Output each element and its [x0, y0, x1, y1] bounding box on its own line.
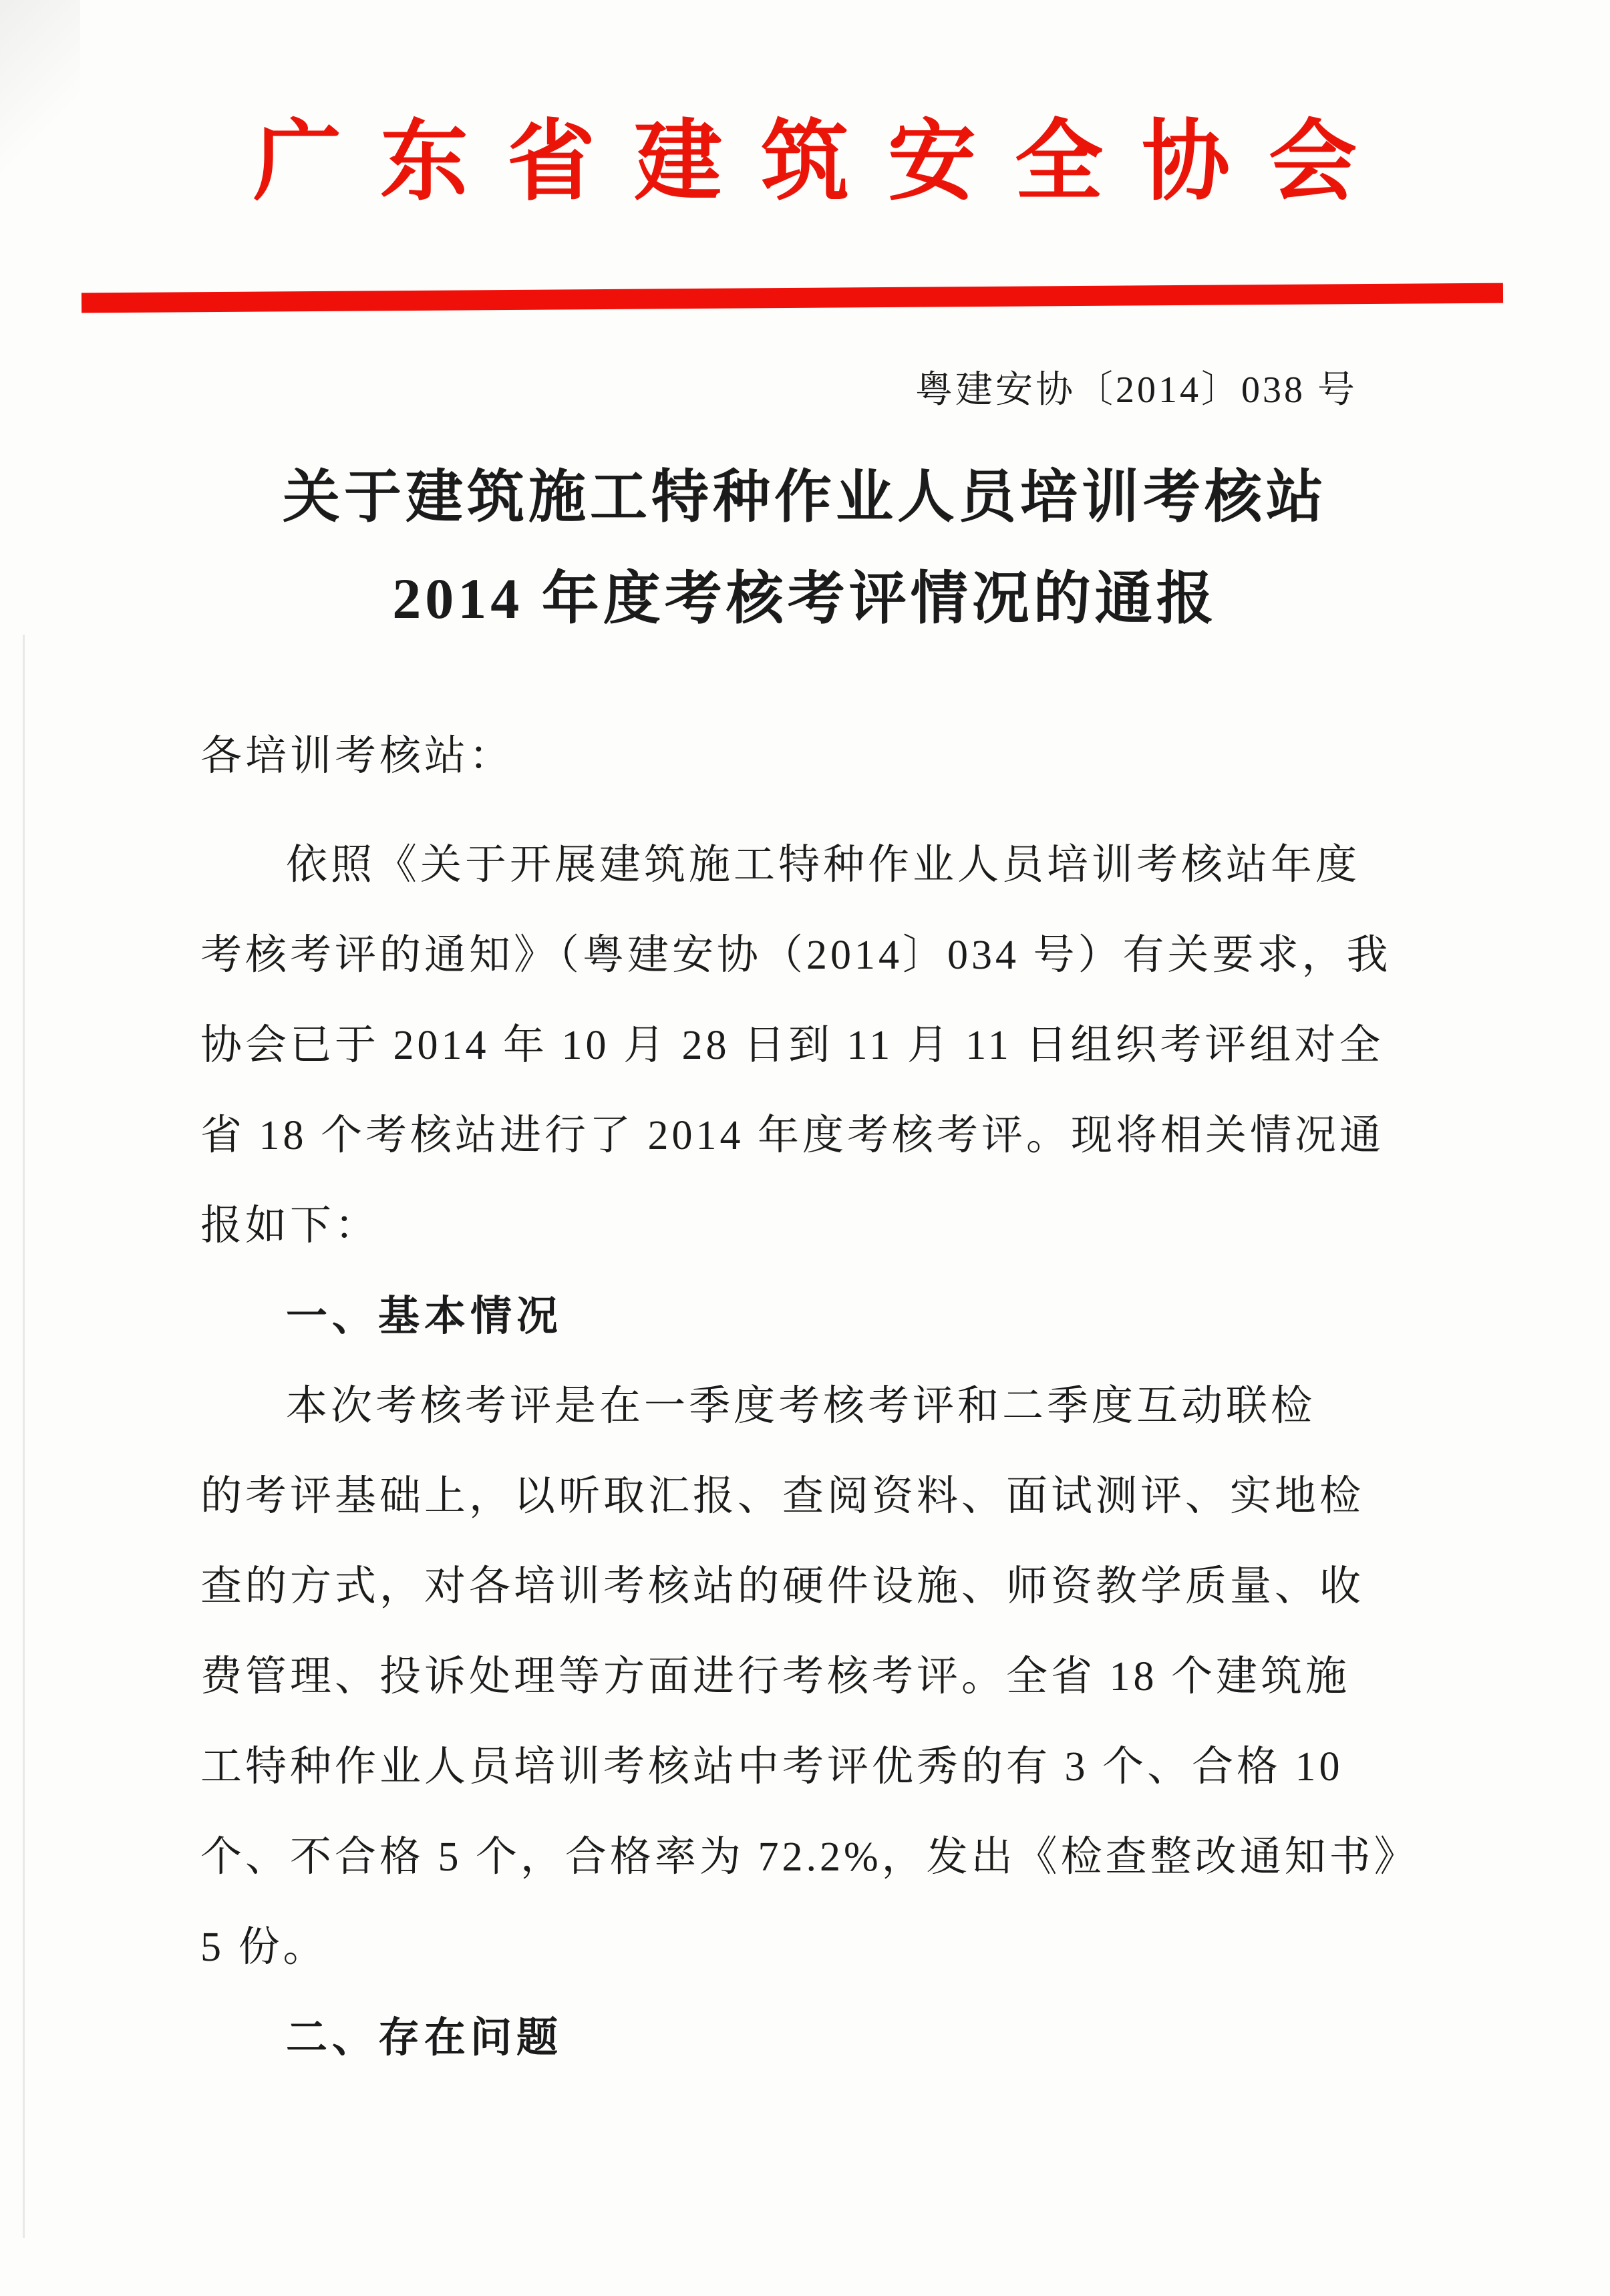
section-heading-1: 一、基本情况	[200, 1271, 1410, 1361]
salutation: 各培训考核站：	[200, 711, 1410, 802]
body-line: 依照《关于开展建筑施工特种作业人员培训考核站年度	[200, 820, 1410, 911]
body-line: 工特种作业人员培训考核站中考评优秀的有 3 个、合格 10	[200, 1722, 1410, 1812]
body-line: 报如下：	[200, 1181, 1410, 1271]
document-title-line1: 关于建筑施工特种作业人员培训考核站	[0, 446, 1610, 548]
body-line: 查的方式，对各培训考核站的硬件设施、师资教学质量、收	[200, 1542, 1410, 1632]
document-title-line2: 2014 年度考核考评情况的通报	[0, 548, 1610, 649]
document-body: 各培训考核站： 依照《关于开展建筑施工特种作业人员培训考核站年度 考核考评的通知…	[200, 711, 1410, 2083]
scanned-document-page: 广东省建筑安全协会 粤建安协〔2014〕038 号 关于建筑施工特种作业人员培训…	[0, 0, 1610, 2296]
body-line: 本次考核考评是在一季度考核考评和二季度互动联检	[200, 1361, 1410, 1452]
document-title: 关于建筑施工特种作业人员培训考核站 2014 年度考核考评情况的通报	[0, 446, 1610, 649]
letterhead-org-name: 广东省建筑安全协会	[0, 100, 1610, 224]
scan-edge-artifact	[23, 635, 25, 2238]
body-line: 个、不合格 5 个，合格率为 72.2%，发出《检查整改通知书》	[200, 1812, 1410, 1903]
body-line: 5 份。	[200, 1903, 1410, 1993]
body-line: 的考评基础上，以听取汇报、查阅资料、面试测评、实地检	[200, 1452, 1410, 1542]
section-heading-2: 二、存在问题	[200, 1993, 1410, 2083]
body-line: 协会已于 2014 年 10 月 28 日到 11 月 11 日组织考评组对全	[200, 1001, 1410, 1091]
body-line: 费管理、投诉处理等方面进行考核考评。全省 18 个建筑施	[200, 1632, 1410, 1722]
body-line: 考核考评的通知》（粤建安协（2014〕034 号）有关要求，我	[200, 911, 1410, 1001]
document-number: 粤建安协〔2014〕038 号	[915, 369, 1357, 412]
body-line: 省 18 个考核站进行了 2014 年度考核考评。现将相关情况通	[200, 1091, 1410, 1181]
red-divider-line	[82, 283, 1503, 313]
